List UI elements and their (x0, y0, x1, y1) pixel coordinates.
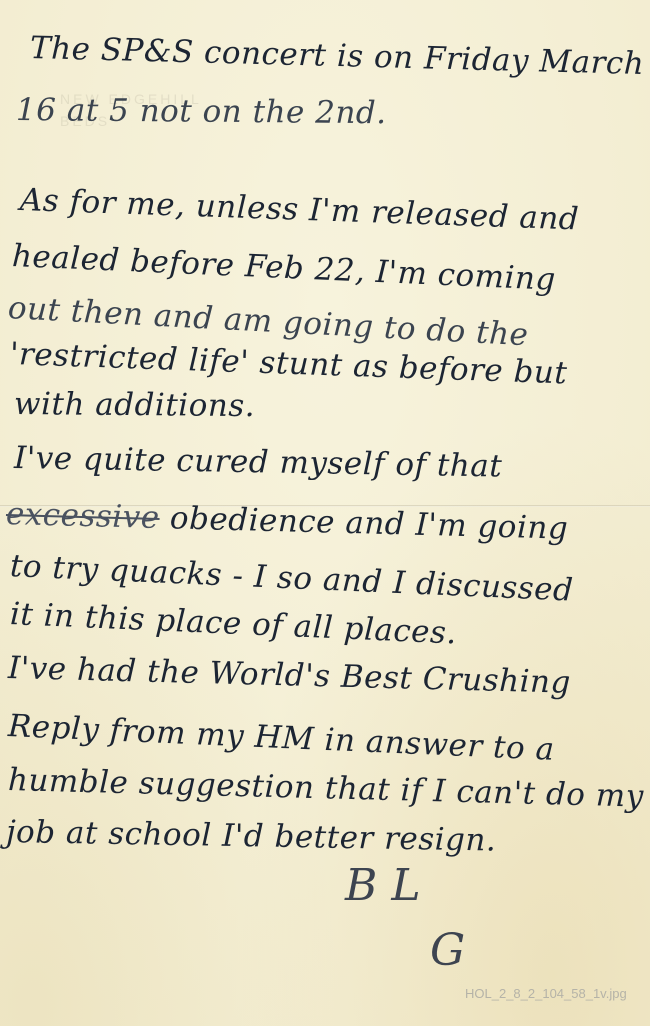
letter-line: with additions. (14, 386, 255, 424)
letter-line: I've had the World's Best Crushing (8, 650, 572, 701)
letter-line: The SP&S concert is on Friday March (30, 30, 645, 82)
letter-line: I've quite cured myself of that (14, 440, 503, 485)
letter-line-text: obedience and I'm going (169, 500, 568, 546)
letter-line: it in this place of all places. (9, 596, 457, 651)
letter-line: humble suggestion that if I can't do my (8, 762, 645, 815)
signature-mark: G (430, 925, 465, 976)
letter-line: healed before Feb 22, I'm coming (11, 238, 556, 298)
letter-line: job at school I'd better resign. (6, 814, 497, 859)
letter-line: As for me, unless I'm released and (19, 182, 579, 238)
letter-line: Reply from my HM in answer to a (7, 708, 555, 768)
letter-line-with-strike: excessive obedience and I'm going (6, 496, 569, 547)
letter-page: NEW EDGEHILL BEDS The SP&S concert is on… (0, 0, 650, 1026)
signature-initials: B L (345, 860, 421, 911)
letter-line: 16 at 5 not on the 2nd. (16, 92, 387, 131)
struck-word: excessive (6, 496, 161, 536)
filename-label: HOL_2_8_2_104_58_1v.jpg (465, 986, 645, 1002)
